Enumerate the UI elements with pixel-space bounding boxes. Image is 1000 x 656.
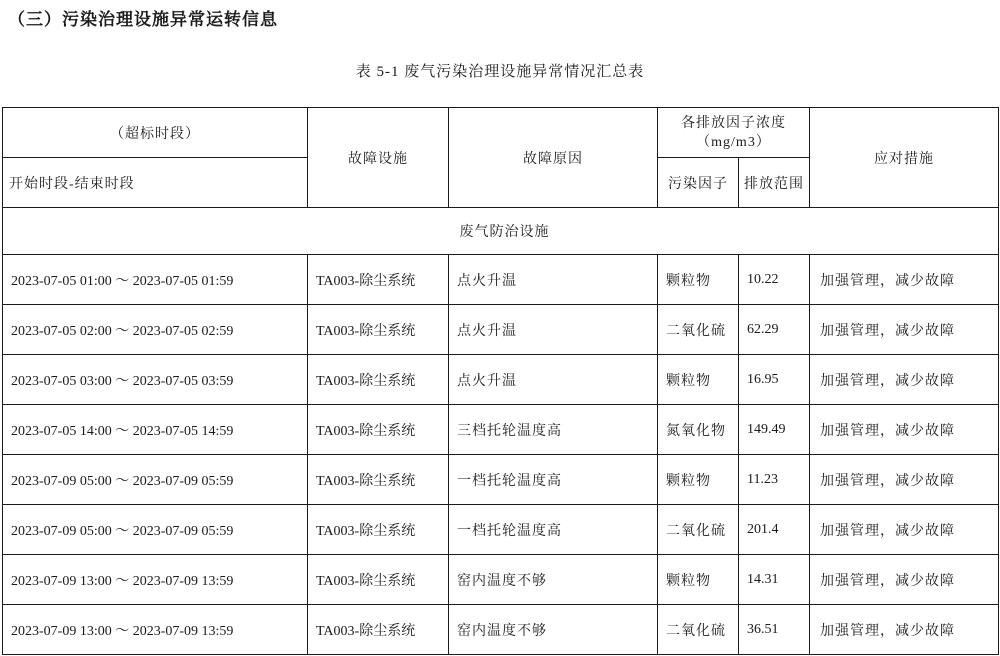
facility-cell: TA003-除尘系统 xyxy=(308,555,449,605)
group-row-label: 废气防治设施 xyxy=(3,208,999,255)
pollutant-cell: 二氧化硫 xyxy=(658,605,739,655)
header-pollutant: 污染因子 xyxy=(658,158,739,208)
period-cell: 2023-07-09 13:00 ～ 2023-07-09 13:59 xyxy=(3,605,308,655)
cause-cell: 三档托轮温度高 xyxy=(449,405,658,455)
facility-cell: TA003-除尘系统 xyxy=(308,605,449,655)
cause-cell: 点火升温 xyxy=(449,355,658,405)
table-header: （超标时段） 故障设施 故障原因 各排放因子浓度 （mg/m3） 应对措施 开始… xyxy=(3,108,999,208)
pollutant-cell: 颗粒物 xyxy=(658,455,739,505)
header-period-top: （超标时段） xyxy=(3,108,308,158)
cause-cell: 窑内温度不够 xyxy=(449,605,658,655)
pollutant-cell: 颗粒物 xyxy=(658,355,739,405)
header-concentration-group: 各排放因子浓度 （mg/m3） xyxy=(658,108,810,158)
value-cell: 62.29 xyxy=(739,305,810,355)
facility-cell: TA003-除尘系统 xyxy=(308,255,449,305)
table-row: 2023-07-05 14:00 ～ 2023-07-05 14:59 TA00… xyxy=(3,405,999,455)
facility-cell: TA003-除尘系统 xyxy=(308,505,449,555)
period-cell: 2023-07-09 13:00 ～ 2023-07-09 13:59 xyxy=(3,555,308,605)
document-page: （三）污染治理设施异常运转信息 表 5-1 废气污染治理设施异常情况汇总表 （超… xyxy=(0,0,1000,655)
pollutant-cell: 颗粒物 xyxy=(658,255,739,305)
value-cell: 201.4 xyxy=(739,505,810,555)
value-cell: 36.51 xyxy=(739,605,810,655)
table-row: 2023-07-05 02:00 ～ 2023-07-05 02:59 TA00… xyxy=(3,305,999,355)
value-cell: 10.22 xyxy=(739,255,810,305)
measure-cell: 加强管理，减少故障 xyxy=(810,305,999,355)
table-row: 2023-07-09 05:00 ～ 2023-07-09 05:59 TA00… xyxy=(3,455,999,505)
measure-cell: 加强管理，减少故障 xyxy=(810,505,999,555)
pollutant-cell: 二氧化硫 xyxy=(658,305,739,355)
abnormal-operation-table: （超标时段） 故障设施 故障原因 各排放因子浓度 （mg/m3） 应对措施 开始… xyxy=(2,107,999,655)
period-cell: 2023-07-05 01:00 ～ 2023-07-05 01:59 xyxy=(3,255,308,305)
value-cell: 11.23 xyxy=(739,455,810,505)
cause-cell: 窑内温度不够 xyxy=(449,555,658,605)
facility-cell: TA003-除尘系统 xyxy=(308,455,449,505)
measure-cell: 加强管理，减少故障 xyxy=(810,605,999,655)
measure-cell: 加强管理，减少故障 xyxy=(810,355,999,405)
cause-cell: 点火升温 xyxy=(449,255,658,305)
header-facility: 故障设施 xyxy=(308,108,449,208)
period-cell: 2023-07-09 05:00 ～ 2023-07-09 05:59 xyxy=(3,505,308,555)
facility-cell: TA003-除尘系统 xyxy=(308,355,449,405)
measure-cell: 加强管理，减少故障 xyxy=(810,405,999,455)
period-cell: 2023-07-05 03:00 ～ 2023-07-05 03:59 xyxy=(3,355,308,405)
pollutant-cell: 颗粒物 xyxy=(658,555,739,605)
header-period-bottom: 开始时段-结束时段 xyxy=(3,158,308,208)
facility-cell: TA003-除尘系统 xyxy=(308,405,449,455)
value-cell: 149.49 xyxy=(739,405,810,455)
section-heading: （三）污染治理设施异常运转信息 xyxy=(0,0,1000,31)
value-cell: 14.31 xyxy=(739,555,810,605)
cause-cell: 点火升温 xyxy=(449,305,658,355)
header-measures: 应对措施 xyxy=(810,108,999,208)
table-title: 表 5-1 废气污染治理设施异常情况汇总表 xyxy=(0,62,1000,82)
cause-cell: 一档托轮温度高 xyxy=(449,455,658,505)
cause-cell: 一档托轮温度高 xyxy=(449,505,658,555)
measure-cell: 加强管理，减少故障 xyxy=(810,455,999,505)
measure-cell: 加强管理，减少故障 xyxy=(810,555,999,605)
header-concentration-line2: （mg/m3） xyxy=(658,133,809,152)
header-range: 排放范围 xyxy=(739,158,810,208)
table-body: 废气防治设施 2023-07-05 01:00 ～ 2023-07-05 01:… xyxy=(3,208,999,655)
table-row: 2023-07-05 01:00 ～ 2023-07-05 01:59 TA00… xyxy=(3,255,999,305)
value-cell: 16.95 xyxy=(739,355,810,405)
table-row: 2023-07-09 13:00 ～ 2023-07-09 13:59 TA00… xyxy=(3,605,999,655)
group-row: 废气防治设施 xyxy=(3,208,999,255)
header-cause: 故障原因 xyxy=(449,108,658,208)
period-cell: 2023-07-09 05:00 ～ 2023-07-09 05:59 xyxy=(3,455,308,505)
pollutant-cell: 二氧化硫 xyxy=(658,505,739,555)
table-row: 2023-07-09 05:00 ～ 2023-07-09 05:59 TA00… xyxy=(3,505,999,555)
period-cell: 2023-07-05 02:00 ～ 2023-07-05 02:59 xyxy=(3,305,308,355)
pollutant-cell: 氮氧化物 xyxy=(658,405,739,455)
header-concentration-line1: 各排放因子浓度 xyxy=(658,114,809,133)
table-row: 2023-07-09 13:00 ～ 2023-07-09 13:59 TA00… xyxy=(3,555,999,605)
measure-cell: 加强管理，减少故障 xyxy=(810,255,999,305)
period-cell: 2023-07-05 14:00 ～ 2023-07-05 14:59 xyxy=(3,405,308,455)
table-row: 2023-07-05 03:00 ～ 2023-07-05 03:59 TA00… xyxy=(3,355,999,405)
facility-cell: TA003-除尘系统 xyxy=(308,305,449,355)
